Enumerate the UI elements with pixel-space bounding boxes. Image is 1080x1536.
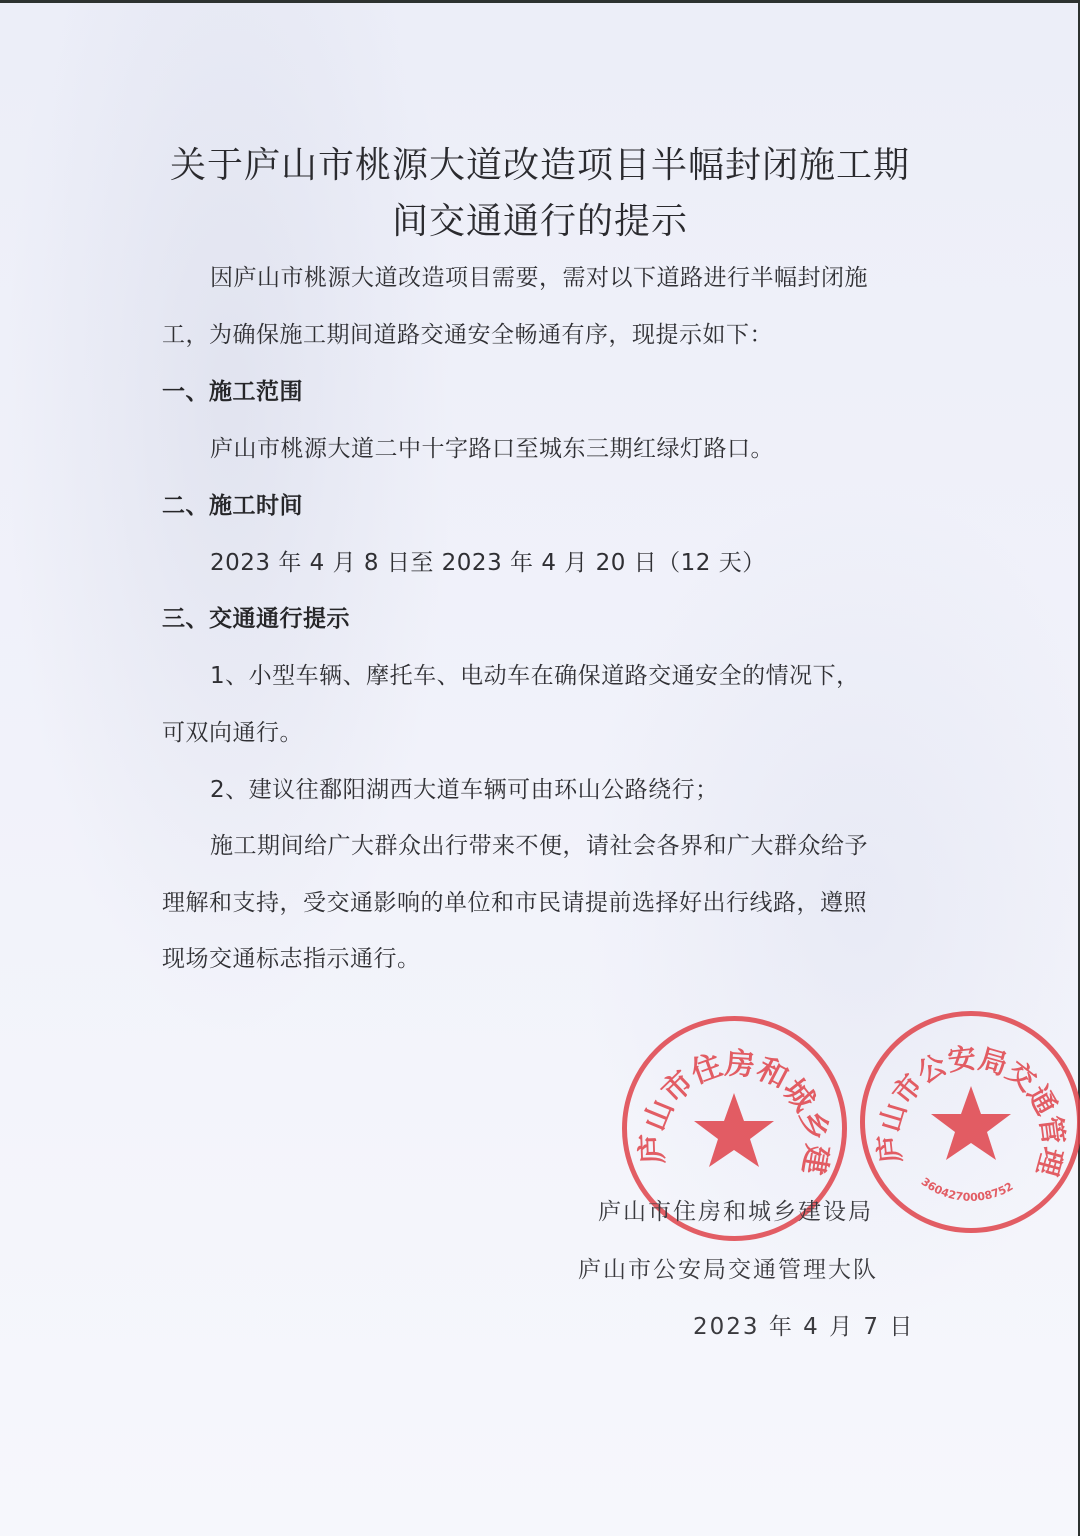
signature-org-traffic-police: 庐山市公安局交通管理大队 — [578, 1251, 878, 1284]
section-scope-text: 庐山市桃源大道二中十字路口至城东三期红绿灯路口。 — [210, 430, 774, 463]
document-title-line-2: 间交通通行的提示 — [150, 193, 930, 244]
traffic-tip-1-line-2: 可双向通行。 — [162, 714, 303, 747]
section-heading-traffic: 三、交通通行提示 — [162, 600, 350, 633]
seal-star-icon: 庐山市公安局交通管理大队 3604270008752 — [865, 1016, 1077, 1228]
closing-paragraph-line-1: 施工期间给广大群众出行带来不便，请社会各界和广大群众给予 — [210, 827, 868, 860]
section-time-text: 2023 年 4 月 8 日至 2023 年 4 月 20 日（12 天） — [210, 544, 766, 577]
seal-2-code: 3604270008752 — [919, 1175, 1016, 1204]
signature-date: 2023 年 4 月 7 日 — [693, 1308, 914, 1341]
document-title-line-1: 关于庐山市桃源大道改造项目半幅封闭施工期 — [150, 137, 930, 188]
traffic-tip-2: 2、建议往鄱阳湖西大道车辆可由环山公路绕行； — [210, 771, 719, 804]
section-heading-scope: 一、施工范围 — [162, 373, 303, 406]
svg-text:庐山市住房和城乡建设局: 庐山市住房和城乡建设局 — [627, 1021, 835, 1177]
signature-org-housing-bureau: 庐山市住房和城乡建设局 — [598, 1193, 873, 1226]
seal-1-text: 庐山市住房和城乡建设局 — [627, 1021, 835, 1177]
intro-paragraph-line-2: 工，为确保施工期间道路交通安全畅通有序，现提示如下： — [162, 316, 773, 349]
svg-text:3604270008752: 3604270008752 — [919, 1175, 1016, 1204]
traffic-tip-1-line-1: 1、小型车辆、摩托车、电动车在确保道路交通安全的情况下， — [210, 657, 860, 690]
official-seal-traffic-police: 庐山市公安局交通管理大队 3604270008752 — [860, 1011, 1080, 1233]
intro-paragraph-line-1: 因庐山市桃源大道改造项目需要，需对以下道路进行半幅封闭施 — [210, 259, 868, 292]
document-page: 关于庐山市桃源大道改造项目半幅封闭施工期 间交通通行的提示 因庐山市桃源大道改造… — [0, 3, 1078, 1536]
section-heading-time: 二、施工时间 — [162, 487, 303, 520]
closing-paragraph-line-2: 理解和支持，受交通影响的单位和市民请提前选择好出行线路，遵照 — [162, 884, 867, 917]
closing-paragraph-line-3: 现场交通标志指示通行。 — [162, 940, 421, 973]
